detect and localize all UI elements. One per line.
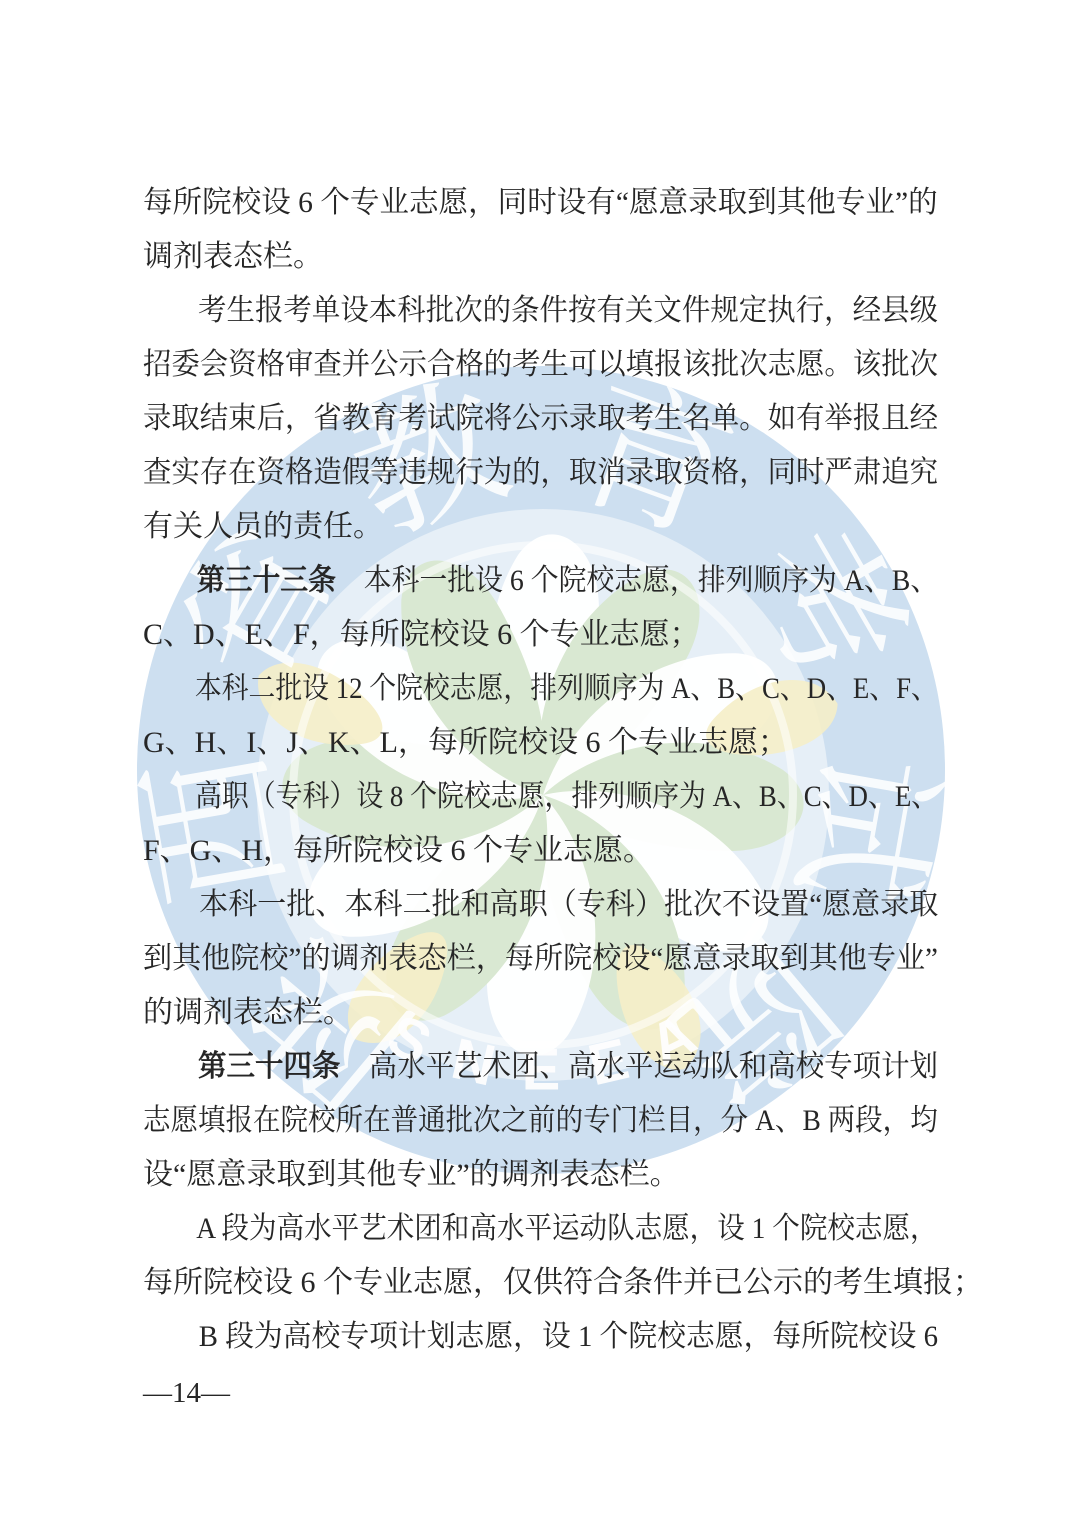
text-line: 考生报考单设本科批次的条件按有关文件规定执行，经县级 — [143, 284, 897, 338]
text-line: 录取结束后，省教育考试院将公示录取考生名单。如有举报且经 — [143, 392, 895, 446]
text-line: 第三十三条 本科一批设 6 个院校志愿，排列顺序为 A、B、 — [143, 554, 880, 608]
text-line: F、G、H，每所院校设 6 个专业志愿。 — [143, 824, 938, 878]
text-line: 有关人员的责任。 — [143, 500, 938, 554]
text-line: 招委会资格审查并公示合格的考生可以填报该批次志愿。该批次 — [143, 338, 895, 392]
text-line: 调剂表态栏。 — [143, 230, 938, 284]
text-line: 到其他院校”的调剂表态栏，每所院校设“愿意录取到其他专业” — [143, 932, 914, 986]
text-line: 每所院校设 6 个专业志愿，仅供符合条件并已公示的考生填报； — [143, 1256, 938, 1310]
article-number: 第三十三条 — [197, 564, 336, 597]
text-line: 每所院校设 6 个专业志愿，同时设有“愿意录取到其他专业”的 — [143, 176, 926, 230]
text-line: B 段为高校专项计划志愿，设 1 个院校志愿，每所院校设 6 — [143, 1310, 906, 1364]
text-line: A 段为高水平艺术团和高水平运动队志愿，设 1 个院校志愿， — [143, 1202, 873, 1256]
text-line: 设“愿意录取到其他专业”的调剂表态栏。 — [143, 1148, 938, 1202]
text-line: 高职（专科）设 8 个院校志愿，排列顺序为 A、B、C、D、E、 — [143, 770, 856, 824]
page-number: —14— — [143, 1366, 230, 1420]
text-line: 本科一批、本科二批和高职（专科）批次不设置“愿意录取 — [143, 878, 913, 932]
article-number: 第三十四条 — [198, 1050, 340, 1083]
text-line: 查实存在资格造假等违规行为的，取消录取资格，同时严肃追究 — [143, 446, 895, 500]
text-line: 第三十四条 高水平艺术团、高水平运动队和高校专项计划 — [143, 1040, 897, 1094]
text-line: 本科二批设 12 个院校志愿，排列顺序为 A、B、C、D、E、F、 — [143, 662, 854, 716]
document-body: 每所院校设 6 个专业志愿，同时设有“愿意录取到其他专业”的调剂表态栏。考生报考… — [143, 176, 938, 1364]
text-line: 志愿填报在院校所在普通批次之前的专门栏目，分 A、B 两段，均 — [143, 1094, 872, 1148]
text-line: C、D、E、F，每所院校设 6 个专业志愿； — [143, 608, 938, 662]
text-line: 的调剂表态栏。 — [143, 986, 938, 1040]
text-line: G、H、I、J、K、L，每所院校设 6 个专业志愿； — [143, 716, 938, 770]
